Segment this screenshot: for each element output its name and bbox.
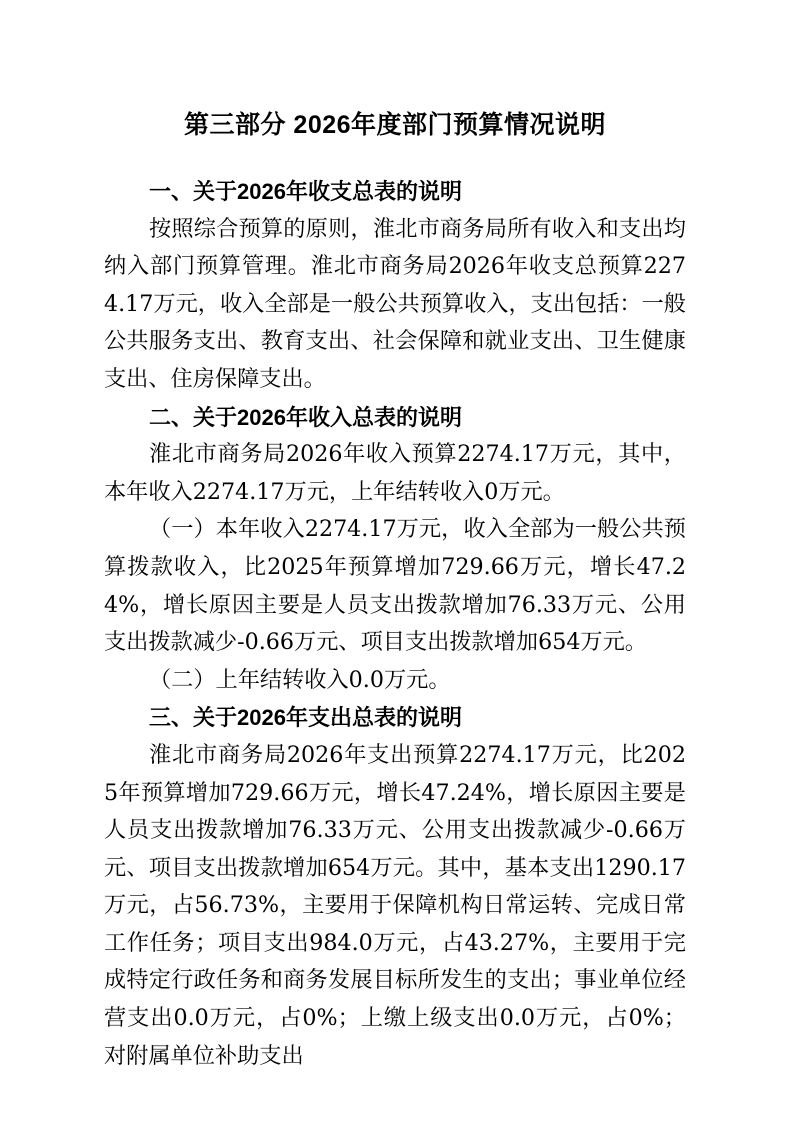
section-1-paragraph-1: 按照综合预算的原则，淮北市商务局所有收入和支出均纳入部门预算管理。淮北市商务局2… bbox=[104, 211, 686, 399]
section-1-heading: 一、关于2026年收支总表的说明 bbox=[104, 173, 686, 211]
section-3-heading: 三、关于2026年支出总表的说明 bbox=[104, 699, 686, 737]
document-title: 第三部分 2026年度部门预算情况说明 bbox=[104, 105, 686, 145]
section-2-heading: 二、关于2026年收入总表的说明 bbox=[104, 399, 686, 437]
section-3-paragraph-1: 淮北市商务局2026年支出预算2274.17万元，比2025年预算增加729.6… bbox=[104, 737, 686, 1075]
section-2-paragraph-2: （一）本年收入2274.17万元，收入全部为一般公共预算拨款收入，比2025年预… bbox=[104, 511, 686, 661]
section-2-paragraph-3: （二）上年结转收入0.0万元。 bbox=[104, 662, 686, 700]
document-content: 第三部分 2026年度部门预算情况说明 一、关于2026年收支总表的说明 按照综… bbox=[0, 0, 793, 1075]
section-2-paragraph-1: 淮北市商务局2026年收入预算2274.17万元，其中，本年收入2274.17万… bbox=[104, 436, 686, 511]
document-page: 第三部分 2026年度部门预算情况说明 一、关于2026年收支总表的说明 按照综… bbox=[0, 0, 793, 1122]
